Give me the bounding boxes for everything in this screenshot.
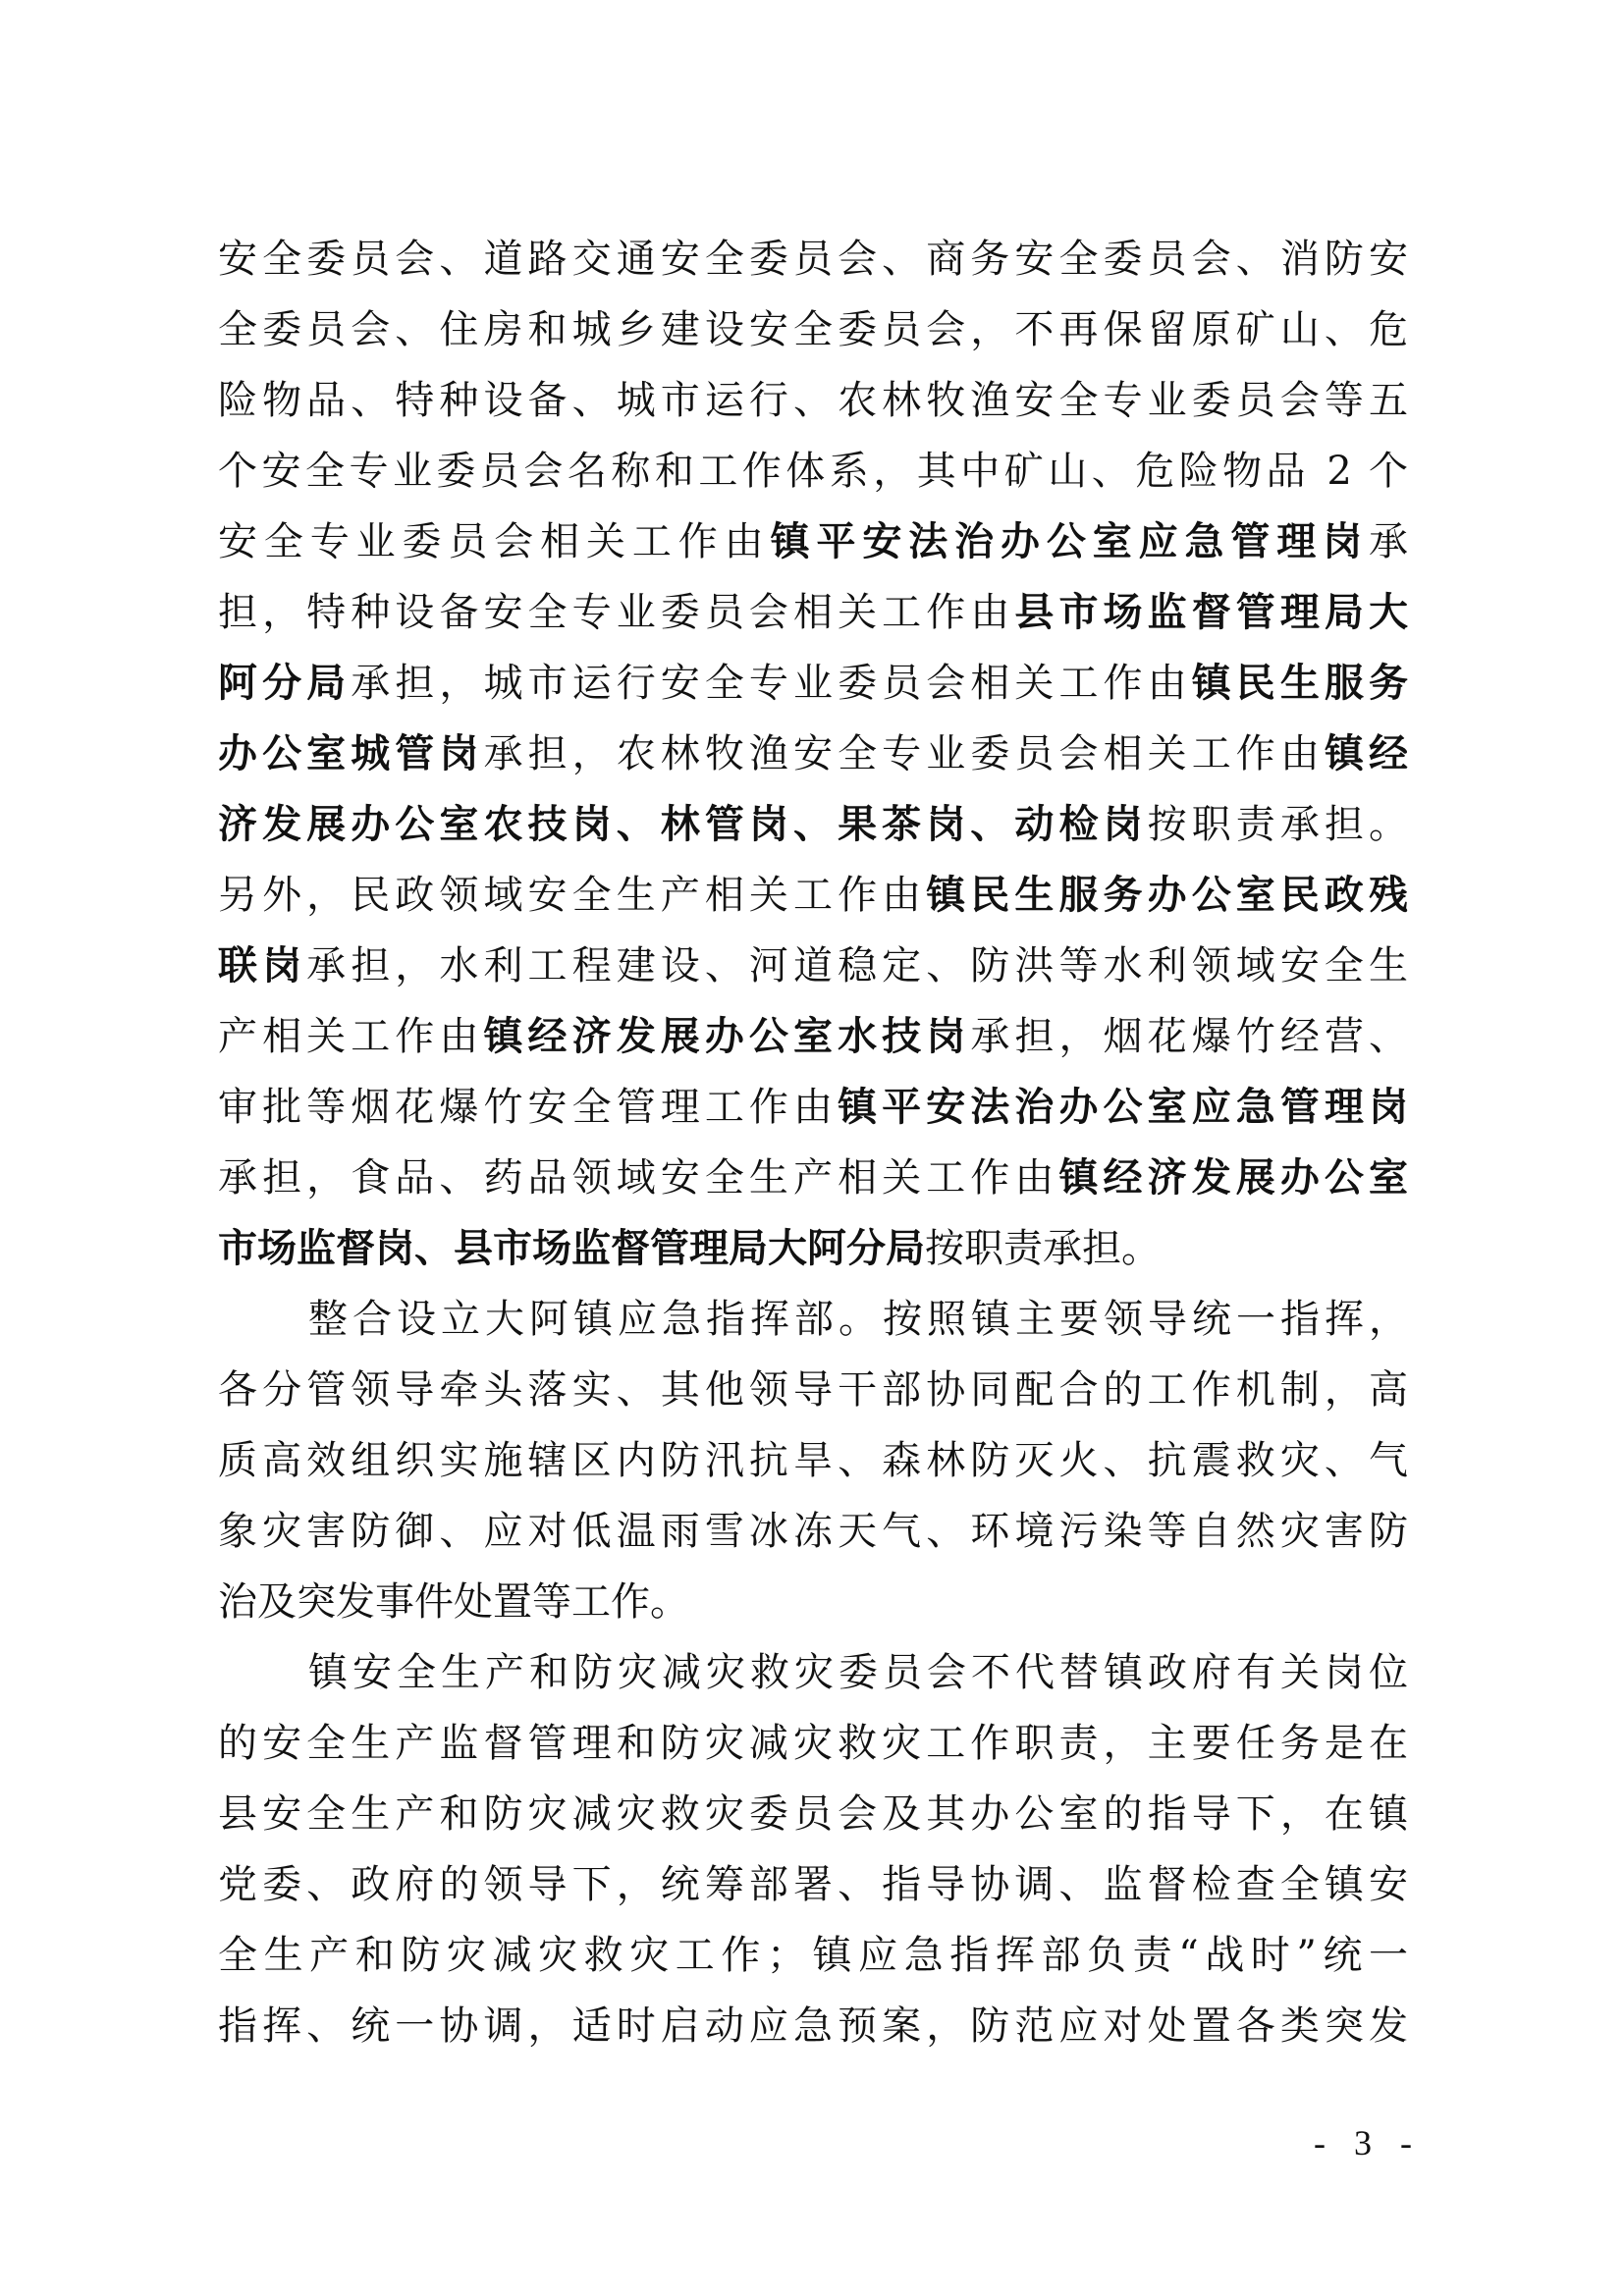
bold-text-segment: 镇平安法治办公室应急管理岗 bbox=[838, 1084, 1408, 1130]
text-line: 担，特种设备安全专业委员会相关工作由县市场监督管理局大 bbox=[218, 577, 1408, 648]
text-segment: 指挥、统一协调，适时启动应急预案，防范应对处置各类突发 bbox=[218, 2003, 1408, 2049]
text-line: 险物品、特种设备、城市运行、农林牧渔安全专业委员会等五 bbox=[218, 365, 1408, 436]
paragraph: 整合设立大阿镇应急指挥部。按照镇主要领导统一指挥，各分管领导牵头落实、其他领导干… bbox=[218, 1284, 1408, 1637]
text-line: 另外，民政领域安全生产相关工作由镇民生服务办公室民政残 bbox=[218, 860, 1408, 931]
text-segment: 个安全专业委员会名称和工作体系，其中矿山、危险物品 2 个 bbox=[218, 449, 1408, 494]
page-number: - 3 - bbox=[1314, 2122, 1422, 2163]
text-segment: 县安全生产和防灾减灾救灾委员会及其办公室的指导下，在镇 bbox=[218, 1791, 1408, 1837]
bold-text-segment: 镇民生服务 bbox=[1192, 660, 1408, 706]
text-segment: 的安全生产监督管理和防灾减灾救灾工作职责，主要任务是在 bbox=[218, 1721, 1408, 1766]
text-segment: 承担，农林牧渔安全专业委员会相关工作由 bbox=[483, 731, 1324, 776]
bold-text-segment: 镇经济发展办公室 bbox=[1058, 1154, 1408, 1201]
text-segment: 质高效组织实施辖区内防汛抗旱、森林防灭火、抗震救灾、气 bbox=[218, 1438, 1408, 1483]
text-segment: 全生产和防灾减灾救灾工作；镇应急指挥部负责“战时”统一 bbox=[218, 1933, 1408, 1978]
bold-text-segment: 镇平安法治办公室应急管理岗 bbox=[771, 518, 1369, 564]
text-line: 象灾害防御、应对低温雨雪冰冻天气、环境污染等自然灾害防 bbox=[218, 1496, 1408, 1567]
text-segment: 产相关工作由 bbox=[218, 1014, 483, 1059]
body-text: 安全委员会、道路交通安全委员会、商务安全委员会、消防安全委员会、住房和城乡建设安… bbox=[218, 224, 1408, 2061]
text-line: 产相关工作由镇经济发展办公室水技岗承担，烟花爆竹经营、 bbox=[218, 1001, 1408, 1072]
bold-text-segment: 县市场监督管理局大 bbox=[1014, 589, 1408, 635]
text-line: 县安全生产和防灾减灾救灾委员会及其办公室的指导下，在镇 bbox=[218, 1779, 1408, 1849]
bold-text-segment: 阿分局 bbox=[218, 660, 351, 706]
text-segment: 安全委员会、道路交通安全委员会、商务安全委员会、消防安 bbox=[218, 237, 1408, 282]
text-line: 党委、政府的领导下，统筹部署、指导协调、监督检查全镇安 bbox=[218, 1849, 1408, 1920]
text-line: 联岗承担，水利工程建设、河道稳定、防洪等水利领域安全生 bbox=[218, 931, 1408, 1001]
text-line: 阿分局承担，城市运行安全专业委员会相关工作由镇民生服务 bbox=[218, 648, 1408, 719]
text-line: 指挥、统一协调，适时启动应急预案，防范应对处置各类突发 bbox=[218, 1991, 1408, 2061]
text-line: 治及突发事件处置等工作。 bbox=[218, 1567, 1408, 1637]
text-segment: 象灾害防御、应对低温雨雪冰冻天气、环境污染等自然灾害防 bbox=[218, 1509, 1408, 1554]
bold-text-segment: 镇经 bbox=[1325, 730, 1408, 776]
text-segment: 镇安全生产和防灾减灾救灾委员会不代替镇政府有关岗位 bbox=[308, 1650, 1408, 1695]
text-line: 审批等烟花爆竹安全管理工作由镇平安法治办公室应急管理岗 bbox=[218, 1072, 1408, 1143]
text-line: 承担，食品、药品领域安全生产相关工作由镇经济发展办公室 bbox=[218, 1143, 1408, 1213]
text-segment: 按职责承担。 bbox=[925, 1226, 1161, 1271]
paragraph: 镇安全生产和防灾减灾救灾委员会不代替镇政府有关岗位的安全生产监督管理和防灾减灾救… bbox=[218, 1637, 1408, 2061]
text-segment: 险物品、特种设备、城市运行、农林牧渔安全专业委员会等五 bbox=[218, 378, 1408, 423]
text-line: 镇安全生产和防灾减灾救灾委员会不代替镇政府有关岗位 bbox=[218, 1637, 1408, 1708]
text-segment: 承担，水利工程建设、河道稳定、防洪等水利领域安全生 bbox=[306, 943, 1408, 988]
bold-text-segment: 镇经济发展办公室水技岗 bbox=[483, 1013, 970, 1059]
text-segment: 承担，食品、药品领域安全生产相关工作由 bbox=[218, 1155, 1058, 1201]
text-line: 个安全专业委员会名称和工作体系，其中矿山、危险物品 2 个 bbox=[218, 436, 1408, 507]
bold-text-segment: 联岗 bbox=[218, 942, 306, 988]
text-segment: 治及突发事件处置等工作。 bbox=[218, 1579, 689, 1625]
text-line: 整合设立大阿镇应急指挥部。按照镇主要领导统一指挥， bbox=[218, 1284, 1408, 1355]
bold-text-segment: 济发展办公室农技岗、林管岗、果茶岗、动检岗 bbox=[218, 801, 1148, 847]
text-segment: 承 bbox=[1369, 519, 1408, 564]
bold-text-segment: 办公室城管岗 bbox=[218, 730, 483, 776]
text-line: 安全委员会、道路交通安全委员会、商务安全委员会、消防安 bbox=[218, 224, 1408, 294]
text-line: 的安全生产监督管理和防灾减灾救灾工作职责，主要任务是在 bbox=[218, 1708, 1408, 1779]
bold-text-segment: 市场监督岗、县市场监督管理局大阿分局 bbox=[218, 1225, 925, 1271]
text-segment: 按职责承担。 bbox=[1148, 802, 1408, 847]
text-line: 各分管领导牵头落实、其他领导干部协同配合的工作机制，高 bbox=[218, 1355, 1408, 1425]
text-segment: 担，特种设备安全专业委员会相关工作由 bbox=[218, 590, 1014, 635]
text-segment: 党委、政府的领导下，统筹部署、指导协调、监督检查全镇安 bbox=[218, 1862, 1408, 1907]
bold-text-segment: 镇民生服务办公室民政残 bbox=[926, 872, 1408, 918]
text-segment: 安全专业委员会相关工作由 bbox=[218, 519, 771, 564]
text-segment: 承担，烟花爆竹经营、 bbox=[970, 1014, 1408, 1059]
paragraph: 安全委员会、道路交通安全委员会、商务安全委员会、消防安全委员会、住房和城乡建设安… bbox=[218, 224, 1408, 1284]
text-line: 全生产和防灾减灾救灾工作；镇应急指挥部负责“战时”统一 bbox=[218, 1920, 1408, 1991]
text-line: 质高效组织实施辖区内防汛抗旱、森林防灭火、抗震救灾、气 bbox=[218, 1425, 1408, 1496]
text-segment: 整合设立大阿镇应急指挥部。按照镇主要领导统一指挥， bbox=[308, 1297, 1408, 1342]
text-line: 安全专业委员会相关工作由镇平安法治办公室应急管理岗承 bbox=[218, 507, 1408, 577]
text-line: 市场监督岗、县市场监督管理局大阿分局按职责承担。 bbox=[218, 1213, 1408, 1284]
text-segment: 审批等烟花爆竹安全管理工作由 bbox=[218, 1085, 838, 1130]
document-page: 安全委员会、道路交通安全委员会、商务安全委员会、消防安全委员会、住房和城乡建设安… bbox=[0, 0, 1624, 2296]
text-segment: 全委员会、住房和城乡建设安全委员会，不再保留原矿山、危 bbox=[218, 307, 1408, 352]
text-segment: 承担，城市运行安全专业委员会相关工作由 bbox=[351, 661, 1191, 706]
text-line: 全委员会、住房和城乡建设安全委员会，不再保留原矿山、危 bbox=[218, 294, 1408, 365]
text-segment: 各分管领导牵头落实、其他领导干部协同配合的工作机制，高 bbox=[218, 1367, 1408, 1413]
text-segment: 另外，民政领域安全生产相关工作由 bbox=[218, 873, 926, 918]
text-line: 办公室城管岗承担，农林牧渔安全专业委员会相关工作由镇经 bbox=[218, 719, 1408, 789]
text-line: 济发展办公室农技岗、林管岗、果茶岗、动检岗按职责承担。 bbox=[218, 789, 1408, 860]
